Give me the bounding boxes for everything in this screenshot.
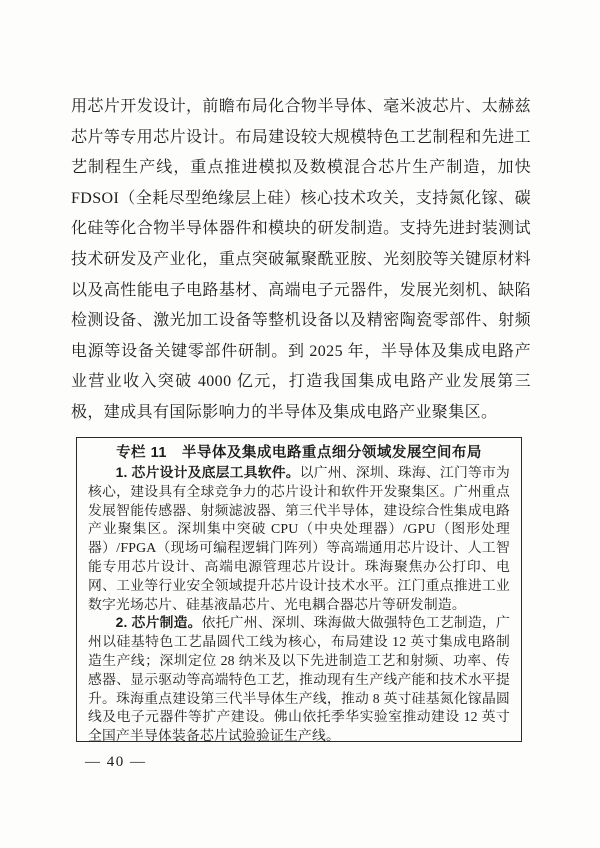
- callout-item-chip-design-text: 以广州、深圳、珠海、江门等市为核心，建设具有全球竞争力的芯片设计和软件开发聚集区…: [88, 465, 510, 612]
- body-paragraph: 用芯片开发设计，前瞻布局化合物半导体、毫米波芯片、太赫兹芯片等专用芯片设计。布局…: [71, 92, 531, 429]
- callout-title: 专栏 11 半导体及集成电路重点细分领域发展空间布局: [88, 443, 510, 464]
- page-number: — 40 —: [85, 754, 147, 771]
- callout-item-chip-design: 1. 芯片设计及底层工具软件。以广州、深圳、珠海、江门等市为核心，建设具有全球竞…: [88, 464, 510, 614]
- document-page: 用芯片开发设计，前瞻布局化合物半导体、毫米波芯片、太赫兹芯片等专用芯片设计。布局…: [0, 0, 600, 848]
- callout-box: 专栏 11 半导体及集成电路重点细分领域发展空间布局 1. 芯片设计及底层工具软…: [76, 437, 522, 742]
- callout-item-chip-design-label: 1. 芯片设计及底层工具软件。: [116, 465, 300, 480]
- callout-item-chip-manufacturing-text: 依托广州、深圳、珠海做大做强特色工艺制造，广州以硅基特色工艺晶圆代工线为核心，布…: [88, 615, 510, 742]
- callout-item-chip-manufacturing-label: 2. 芯片制造。: [116, 615, 202, 630]
- callout-item-chip-manufacturing: 2. 芯片制造。依托广州、深圳、珠海做大做强特色工艺制造，广州以硅基特色工艺晶圆…: [88, 614, 510, 742]
